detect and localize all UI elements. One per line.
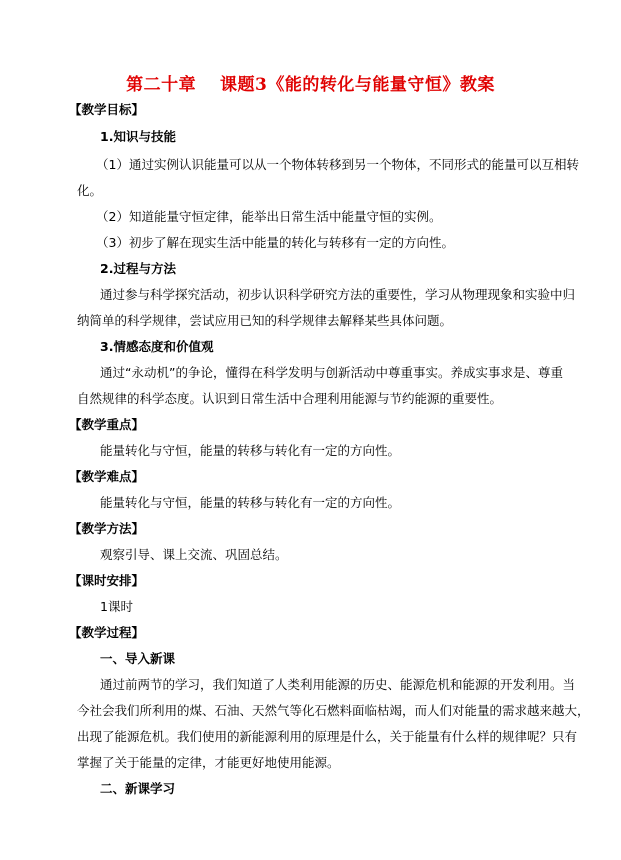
paragraph-line: 出现了能源危机。我们使用的新能源利用的原理是什么，关于能量有什么样的规律呢？只有 [77, 729, 577, 745]
subheading-new-lesson: 二、新课学习 [100, 781, 175, 797]
section-heading-methods: 【教学方法】 [69, 521, 144, 537]
paragraph-line: 化。 [77, 183, 102, 199]
paragraph-line: （1）通过实例认识能量可以从一个物体转移到另一个物体，不同形式的能量可以互相转 [96, 157, 579, 173]
paragraph-line: 通过“永动机”的争论，懂得在科学发明与创新活动中尊重事实。养成实事求是、尊重 [100, 365, 563, 381]
paragraph-line: 能量转化与守恒，能量的转移与转化有一定的方向性。 [100, 443, 400, 459]
paragraph-line: 掌握了关于能量的定律，才能更好地使用能源。 [77, 755, 340, 771]
paragraph-line: 1课时 [100, 599, 133, 615]
paragraph-line: 能量转化与守恒，能量的转移与转化有一定的方向性。 [100, 495, 400, 511]
paragraph-line: （2）知道能量守恒定律，能举出日常生活中能量守恒的实例。 [96, 209, 441, 225]
paragraph-line: 通过前两节的学习，我们知道了人类利用能源的历史、能源危机和能源的开发利用。当 [100, 677, 575, 693]
subheading-knowledge-skills: 1.知识与技能 [100, 129, 176, 145]
subheading-attitude-values: 3.情感态度和价值观 [100, 339, 213, 355]
section-heading-difficulties: 【教学难点】 [69, 469, 144, 485]
paragraph-line: 通过参与科学探究活动，初步认识科学研究方法的重要性，学习从物理现象和实验中归 [100, 287, 575, 303]
document-title: 第二十章 课题3《能的转化与能量守恒》教案 [0, 70, 621, 95]
paragraph-line: 自然规律的科学态度。认识到日常生活中合理利用能源与节约能源的重要性。 [77, 391, 502, 407]
paragraph-line: （3）初步了解在现实生活中能量的转化与转移有一定的方向性。 [96, 235, 454, 251]
document-page: 第二十章 课题3《能的转化与能量守恒》教案 【教学目标】 1.知识与技能 （1）… [0, 0, 621, 860]
paragraph-line: 纳简单的科学规律，尝试应用已知的科学规律去解释某些具体问题。 [77, 313, 452, 329]
subheading-intro: 一、导入新课 [100, 651, 175, 667]
section-heading-schedule: 【课时安排】 [69, 573, 144, 589]
paragraph-line: 今社会我们所利用的煤、石油、天然气等化石燃料面临枯竭，而人们对能量的需求越来越大… [77, 703, 590, 719]
paragraph-line: 观察引导、课上交流、巩固总结。 [100, 547, 288, 563]
section-heading-teaching-process: 【教学过程】 [69, 625, 144, 641]
subheading-process-methods: 2.过程与方法 [100, 261, 176, 277]
section-heading-objectives: 【教学目标】 [69, 102, 144, 118]
section-heading-key-points: 【教学重点】 [69, 417, 144, 433]
